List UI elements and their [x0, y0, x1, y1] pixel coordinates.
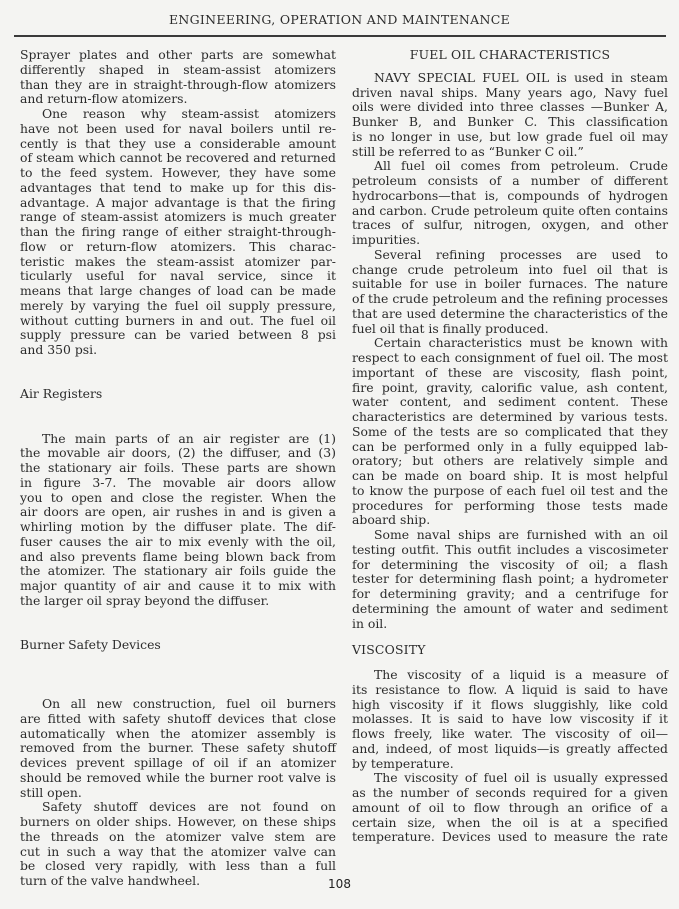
- text-line: and, indeed, of most liquids—is greatly …: [352, 742, 668, 757]
- text-line: burners on older ships. However, on thes…: [20, 815, 336, 830]
- text-line: cently is that they use a considerable a…: [20, 137, 336, 152]
- text-line: still open.: [20, 786, 336, 801]
- text-line: and return-flow atomizers.: [20, 92, 336, 107]
- text-line: testing outfit. This outfit includes a v…: [352, 543, 668, 558]
- text-line: than they are in straight-through-flow a…: [20, 78, 336, 93]
- text-line: the larger oil spray beyond the diffuser…: [20, 594, 336, 609]
- spacer: [20, 402, 336, 417]
- text-line: amount of oil to flow through an orifice…: [352, 801, 668, 816]
- paragraph: All fuel oil comes from petroleum. Crude…: [352, 159, 668, 248]
- text-line: is no longer in use, but low grade fuel …: [352, 130, 668, 145]
- text-line: Certain characteristics must be known wi…: [352, 336, 668, 351]
- text-line: Several refining processes are used to: [352, 248, 668, 263]
- paragraph: Several refining processes are used toch…: [352, 248, 668, 337]
- text-line: fire point, gravity, calorific value, as…: [352, 381, 668, 396]
- text-line: aboard ship.: [352, 513, 668, 528]
- text-line: without cutting burners in and out. The …: [20, 314, 336, 329]
- section-heading-burner-safety-devices: Burner Safety Devices: [20, 638, 336, 653]
- paragraph: Sprayer plates and other parts are somew…: [20, 48, 336, 107]
- text-line: devices prevent spillage of oil if an at…: [20, 756, 336, 771]
- text-line: Some of the tests are so complicated tha…: [352, 425, 668, 440]
- spacer: [20, 623, 336, 638]
- text-line: the movable air doors, (2) the diffuser,…: [20, 446, 336, 461]
- paragraph: On all new construction, fuel oil burner…: [20, 697, 336, 800]
- right-column: FUEL OIL CHARACTERISTICS NAVY SPECIAL FU…: [352, 48, 668, 845]
- text-line: still be referred to as “Bunker C oil.”: [352, 145, 668, 160]
- text-line: All fuel oil comes from petroleum. Crude: [352, 159, 668, 174]
- text-line: traces of sulfur, nitrogen, oxygen, and …: [352, 218, 668, 233]
- text-line: The main parts of an air register are (1…: [20, 432, 336, 447]
- text-line: be closed very rapidly, with less than a…: [20, 859, 336, 874]
- text-line: can be performed only in a fully equippe…: [352, 440, 668, 455]
- running-header: ENGINEERING, OPERATION AND MAINTENANCE: [0, 12, 679, 27]
- text-line: NAVY SPECIAL FUEL OIL is used in steam: [352, 71, 668, 86]
- text-line: the threads on the atomizer valve stem a…: [20, 830, 336, 845]
- paragraph: The viscosity of a liquid is a measure o…: [352, 668, 668, 771]
- text-line: impurities.: [352, 233, 668, 248]
- text-line: to the feed system. However, they have s…: [20, 166, 336, 181]
- text-line: teristic makes the steam-assist atomizer…: [20, 255, 336, 270]
- text-line: of the crude petroleum and the refining …: [352, 292, 668, 307]
- text-line: the stationary air foils. These parts ar…: [20, 461, 336, 476]
- text-line: the atomizer. The stationary air foils g…: [20, 564, 336, 579]
- text-line: and carbon. Crude petroleum quite often …: [352, 204, 668, 219]
- text-line: One reason why steam-assist atomizers: [20, 107, 336, 122]
- text-line: On all new construction, fuel oil burner…: [20, 697, 336, 712]
- paragraph: The main parts of an air register are (1…: [20, 432, 336, 609]
- header-rule: [14, 35, 666, 37]
- text-line: by temperature.: [352, 757, 668, 772]
- text-line: for determining the viscosity of oil; a …: [352, 558, 668, 573]
- text-line: change crude petroleum into fuel oil tha…: [352, 263, 668, 278]
- text-line: and also prevents flame being blown back…: [20, 550, 336, 565]
- paragraph: Some naval ships are furnished with an o…: [352, 528, 668, 631]
- text-line: respect to each consignment of fuel oil.…: [352, 351, 668, 366]
- text-line: Some naval ships are furnished with an o…: [352, 528, 668, 543]
- text-line: range of steam-assist atomizers is much …: [20, 210, 336, 225]
- text-line: oils were divided into three classes —Bu…: [352, 100, 668, 115]
- text-line: molasses. It is said to have low viscosi…: [352, 712, 668, 727]
- text-line: fuel oil that is finally produced.: [352, 322, 668, 337]
- text-line: major quantity of air and cause it to mi…: [20, 579, 336, 594]
- text-line: high viscosity if it flows sluggishly, l…: [352, 698, 668, 713]
- text-line: are fitted with safety shutoff devices t…: [20, 712, 336, 727]
- text-line: petroleum consists of a number of differ…: [352, 174, 668, 189]
- spacer: [20, 682, 336, 697]
- text-line: removed from the burner. These safety sh…: [20, 741, 336, 756]
- text-line: to know the purpose of each fuel oil tes…: [352, 484, 668, 499]
- paragraph: The viscosity of fuel oil is usually exp…: [352, 771, 668, 845]
- text-line: and 350 psi.: [20, 343, 336, 358]
- text-line: important of these are viscosity, flash …: [352, 366, 668, 381]
- text-line: procedures for performing those tests ma…: [352, 499, 668, 514]
- text-line: flow or return-flow atomizers. This char…: [20, 240, 336, 255]
- text-line: The viscosity of a liquid is a measure o…: [352, 668, 668, 683]
- text-line: in oil.: [352, 617, 668, 632]
- text-line: temperature. Devices used to measure the…: [352, 830, 668, 845]
- text-line: fuser causes the air to mix evenly with …: [20, 535, 336, 550]
- text-line: air doors are open, air rushes in and is…: [20, 505, 336, 520]
- text-line: hydrocarbons—that is, compounds of hydro…: [352, 189, 668, 204]
- paragraph: Safety shutoff devices are not found onb…: [20, 800, 336, 889]
- spacer: [20, 373, 336, 388]
- section-heading-air-registers: Air Registers: [20, 387, 336, 402]
- spacer: [20, 653, 336, 668]
- text-line: of steam which cannot be recovered and r…: [20, 151, 336, 166]
- text-line: have not been used for naval boilers unt…: [20, 122, 336, 137]
- text-line: tester for determining flash point; a hy…: [352, 572, 668, 587]
- paragraph: One reason why steam-assist atomizershav…: [20, 107, 336, 358]
- spacer: [20, 609, 336, 624]
- text-line: oratory; but others are relatively simpl…: [352, 454, 668, 469]
- text-line: characteristics are determined by variou…: [352, 410, 668, 425]
- text-line: means that large changes of load can be …: [20, 284, 336, 299]
- text-line: advantage. A major advantage is that the…: [20, 196, 336, 211]
- text-line: should be removed while the burner root …: [20, 771, 336, 786]
- text-line: for determining gravity; and a centrifug…: [352, 587, 668, 602]
- text-line: determining the amount of water and sedi…: [352, 602, 668, 617]
- text-line: merely by varying the fuel oil supply pr…: [20, 299, 336, 314]
- paragraph: Certain characteristics must be known wi…: [352, 336, 668, 528]
- text-line: cut in such a way that the atomizer valv…: [20, 845, 336, 860]
- text-line: that are used determine the characterist…: [352, 307, 668, 322]
- text-line: flows freely, like water. The viscosity …: [352, 727, 668, 742]
- page-number: 108: [0, 877, 679, 891]
- paragraph: NAVY SPECIAL FUEL OIL is used in steamdr…: [352, 71, 668, 160]
- section-heading-fuel-oil-characteristics: FUEL OIL CHARACTERISTICS: [352, 48, 668, 63]
- text-line: suitable for use in boiler furnaces. The…: [352, 277, 668, 292]
- text-line: driven naval ships. Many years ago, Navy…: [352, 86, 668, 101]
- spacer: [20, 358, 336, 373]
- text-line: The viscosity of fuel oil is usually exp…: [352, 771, 668, 786]
- text-line: Bunker B, and Bunker C. This classificat…: [352, 115, 668, 130]
- text-line: Safety shutoff devices are not found on: [20, 800, 336, 815]
- text-line: automatically when the atomizer assembly…: [20, 727, 336, 742]
- text-line: differently shaped in steam-assist atomi…: [20, 63, 336, 78]
- spacer: [20, 417, 336, 432]
- text-line: water content, and sediment content. The…: [352, 395, 668, 410]
- spacer: [20, 668, 336, 683]
- text-line: can be made on board ship. It is most he…: [352, 469, 668, 484]
- text-line: Sprayer plates and other parts are somew…: [20, 48, 336, 63]
- text-line: certain size, when the oil is at a speci…: [352, 816, 668, 831]
- text-line: its resistance to flow. A liquid is said…: [352, 683, 668, 698]
- left-column: Sprayer plates and other parts are somew…: [20, 48, 336, 889]
- text-line: ticularly useful for naval service, sinc…: [20, 269, 336, 284]
- text-line: supply pressure can be varied between 8 …: [20, 328, 336, 343]
- text-line: than the firing range of either straight…: [20, 225, 336, 240]
- text-line: whirling motion by the diffuser plate. T…: [20, 520, 336, 535]
- text-line: as the number of seconds required for a …: [352, 786, 668, 801]
- text-line: advantages that tend to make up for this…: [20, 181, 336, 196]
- section-heading-viscosity: VISCOSITY: [352, 643, 668, 658]
- text-line: in figure 3-7. The movable air doors all…: [20, 476, 336, 491]
- text-line: you to open and close the register. When…: [20, 491, 336, 506]
